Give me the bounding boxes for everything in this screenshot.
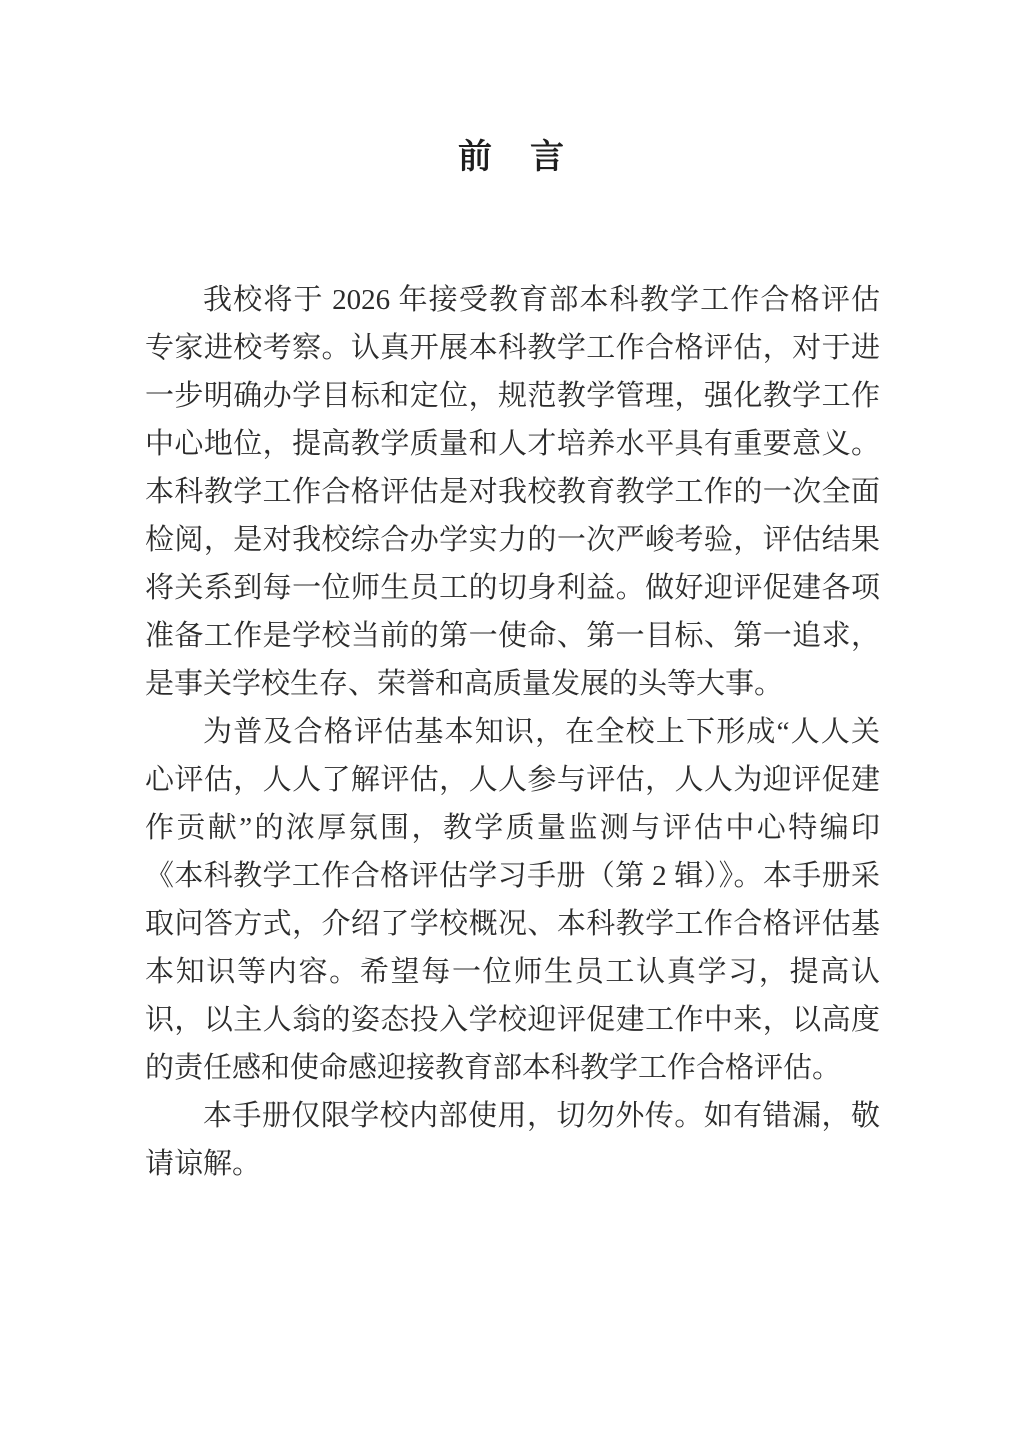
preface-content: 我校将于 2026 年接受教育部本科教学工作合格评估专家进校考察。认真开展本科教… [145, 276, 880, 1188]
preface-paragraph-2: 为普及合格评估基本知识，在全校上下形成“人人关心评估，人人了解评估，人人参与评估… [145, 708, 880, 1092]
preface-paragraph-3: 本手册仅限学校内部使用，切勿外传。如有错漏，敬请谅解。 [145, 1092, 880, 1188]
preface-paragraph-1: 我校将于 2026 年接受教育部本科教学工作合格评估专家进校考察。认真开展本科教… [145, 276, 880, 708]
document-page: 前 言 我校将于 2026 年接受教育部本科教学工作合格评估专家进校考察。认真开… [0, 0, 1024, 1448]
page-title: 前 言 [0, 0, 1024, 178]
